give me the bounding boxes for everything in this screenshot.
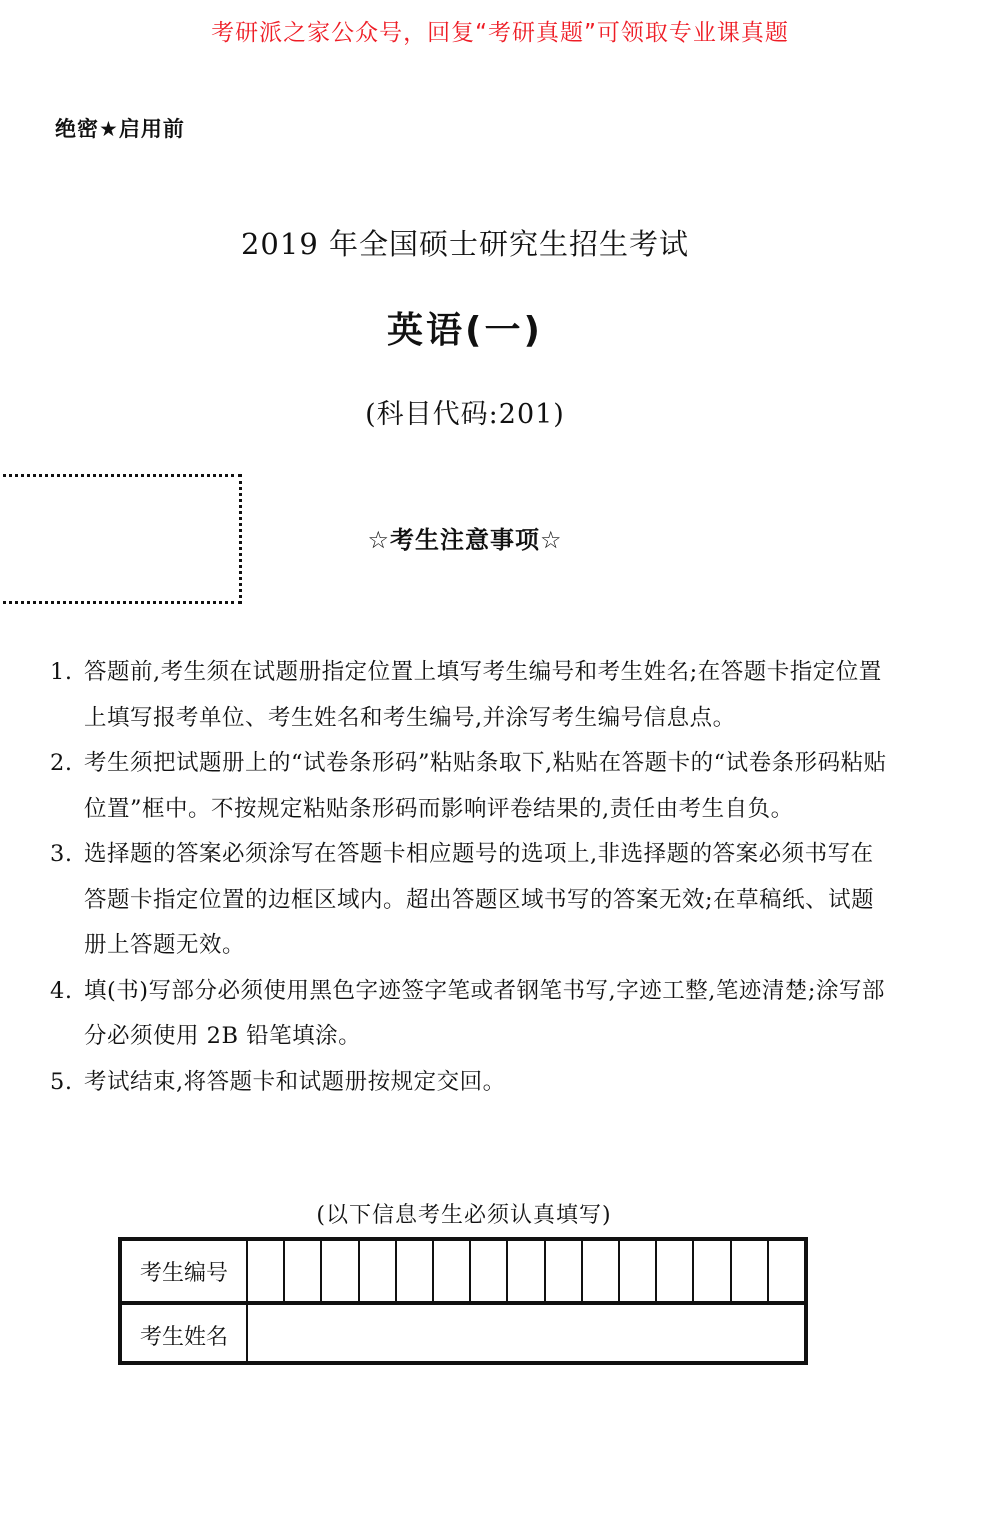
notice-item: 1. 答题前,考生须在试题册指定位置上填写考生编号和考生姓名;在答题卡指定位置上… — [50, 650, 890, 741]
notice-heading: ☆考生注意事项☆ — [0, 520, 930, 555]
candidate-number-field[interactable] — [248, 1241, 804, 1301]
subject-code: (科目代码:201) — [0, 392, 930, 431]
notice-text: 填(书)写部分必须使用黑色字迹签字笔或者钢笔书写,字迹工整,笔迹清楚;涂写部分必… — [84, 969, 890, 1060]
candidate-number-digit-cell[interactable] — [322, 1241, 359, 1301]
candidate-number-digit-cell[interactable] — [583, 1241, 620, 1301]
candidate-info-form: 考生编号 考生姓名 — [118, 1237, 808, 1365]
candidate-name-field[interactable] — [248, 1305, 804, 1365]
notice-text: 答题前,考生须在试题册指定位置上填写考生编号和考生姓名;在答题卡指定位置上填写报… — [84, 650, 890, 741]
subject-title: 英语(一) — [0, 302, 930, 353]
exam-title: 2019 年全国硕士研究生招生考试 — [0, 222, 930, 263]
notice-text: 考试结束,将答题卡和试题册按规定交回。 — [84, 1060, 890, 1106]
candidate-number-digit-cell[interactable] — [657, 1241, 694, 1301]
notice-text: 考生须把试题册上的“试卷条形码”粘贴条取下,粘贴在答题卡的“试卷条形码粘贴位置”… — [84, 741, 890, 832]
classification-label: 绝密★启用前 — [55, 113, 185, 143]
notice-number: 5. — [50, 1060, 84, 1106]
candidate-number-digit-cell[interactable] — [471, 1241, 508, 1301]
candidate-number-label: 考生编号 — [122, 1241, 248, 1301]
notice-number: 3. — [50, 832, 84, 969]
candidate-number-digit-cell[interactable] — [508, 1241, 545, 1301]
notice-item: 2. 考生须把试题册上的“试卷条形码”粘贴条取下,粘贴在答题卡的“试卷条形码粘贴… — [50, 741, 890, 832]
info-form-caption: (以下信息考生必须认真填写) — [0, 1198, 928, 1229]
notice-list: 1. 答题前,考生须在试题册指定位置上填写考生编号和考生姓名;在答题卡指定位置上… — [50, 650, 890, 1105]
candidate-name-label: 考生姓名 — [122, 1305, 248, 1365]
candidate-number-row: 考生编号 — [122, 1241, 804, 1301]
notice-number: 4. — [50, 969, 84, 1060]
candidate-number-digit-cell[interactable] — [769, 1241, 804, 1301]
notice-number: 2. — [50, 741, 84, 832]
notice-text: 选择题的答案必须涂写在答题卡相应题号的选项上,非选择题的答案必须书写在答题卡指定… — [84, 832, 890, 969]
notice-item: 3. 选择题的答案必须涂写在答题卡相应题号的选项上,非选择题的答案必须书写在答题… — [50, 832, 890, 969]
candidate-number-digit-cell[interactable] — [620, 1241, 657, 1301]
candidate-name-row: 考生姓名 — [122, 1301, 804, 1365]
candidate-number-digit-cell[interactable] — [360, 1241, 397, 1301]
promo-banner: 考研派之家公众号，回复“考研真题”可领取专业课真题 — [0, 14, 1000, 47]
notice-item: 5. 考试结束,将答题卡和试题册按规定交回。 — [50, 1060, 890, 1106]
notice-item: 4. 填(书)写部分必须使用黑色字迹签字笔或者钢笔书写,字迹工整,笔迹清楚;涂写… — [50, 969, 890, 1060]
candidate-number-digit-cell[interactable] — [546, 1241, 583, 1301]
candidate-number-digit-cell[interactable] — [694, 1241, 731, 1301]
candidate-number-digit-cell[interactable] — [397, 1241, 434, 1301]
candidate-number-digit-cell[interactable] — [732, 1241, 769, 1301]
candidate-number-digit-cell[interactable] — [434, 1241, 471, 1301]
notice-number: 1. — [50, 650, 84, 741]
candidate-number-digit-cell[interactable] — [285, 1241, 322, 1301]
candidate-number-digit-cell[interactable] — [248, 1241, 285, 1301]
